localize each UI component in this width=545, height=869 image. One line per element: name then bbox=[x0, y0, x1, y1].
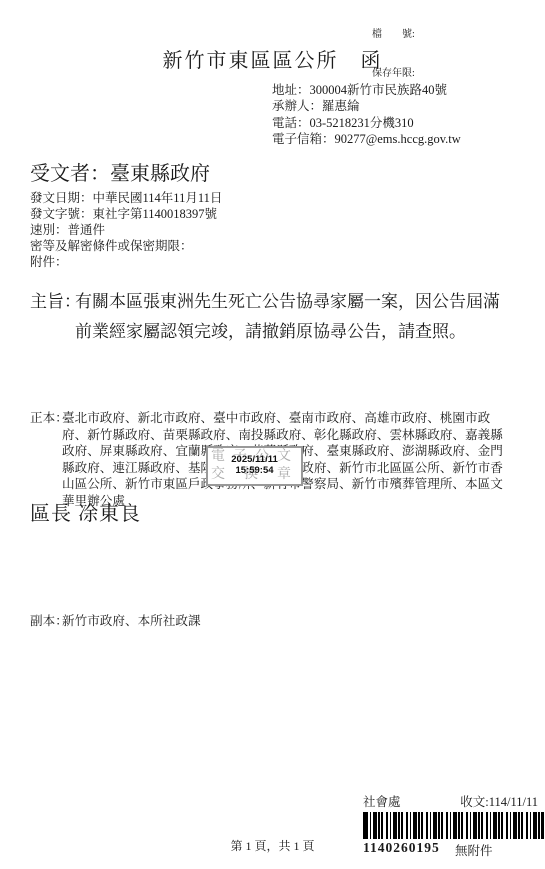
field-issue-date: 發文日期：中華民國114年11月11日 bbox=[30, 190, 222, 206]
electronic-exchange-stamp: 電子公文 交換章 2025/11/11 15:59:54 bbox=[206, 446, 303, 486]
stamp-date: 2025/11/11 bbox=[208, 454, 301, 465]
subject-text: 有關本區張東洲先生死亡公告協尋家屬一案，因公告屆滿 前業經家屬認領完竣，請撤銷原… bbox=[30, 287, 535, 347]
field-security: 密等及解密條件或保密期限： bbox=[30, 238, 222, 254]
official-letter-page: 檔 號: 保存年限: 新竹市東區區公所 函 地址：300004新竹市民族路40號… bbox=[0, 0, 545, 869]
copy-recipients-block: 副本： 新竹市政府、本所社政課 bbox=[30, 613, 542, 630]
field-attachment: 附件： bbox=[30, 254, 222, 270]
sender-officer: 承辦人：羅惠綸 bbox=[272, 98, 461, 114]
subject-label: 主旨： bbox=[30, 287, 81, 317]
sender-email: 電子信箱：90277@ems.hccg.gov.tw bbox=[272, 131, 461, 147]
stamp-timestamp: 2025/11/11 15:59:54 bbox=[208, 454, 301, 476]
receipt-date: 收文:114/11/11 bbox=[460, 795, 538, 810]
file-number-label: 檔 號: bbox=[372, 28, 415, 41]
recipient-line: 受文者：臺東縣政府 bbox=[30, 157, 210, 186]
signature-line: 區長 凃東良 bbox=[30, 497, 141, 526]
sender-phone: 電話：03-5218231分機310 bbox=[272, 115, 461, 131]
recipient-value: 臺東縣政府 bbox=[110, 163, 210, 185]
copy-recipients-label: 副本： bbox=[30, 613, 68, 630]
field-speed: 速別：普通件 bbox=[30, 222, 222, 238]
page-number-footer: 第 1 頁，共 1 頁 bbox=[0, 837, 545, 854]
recipient-label: 受文者： bbox=[30, 163, 110, 185]
field-doc-number: 發文字號：東社字第1140018397號 bbox=[30, 206, 222, 222]
copy-recipients-text: 新竹市政府、本所社政課 bbox=[30, 613, 542, 630]
sender-info-block: 地址：300004新竹市民族路40號 承辦人：羅惠綸 電話：03-5218231… bbox=[272, 82, 461, 147]
stamp-time: 15:59:54 bbox=[208, 465, 301, 476]
receipt-header: 社會處 收文:114/11/11 bbox=[363, 795, 538, 810]
document-title: 新竹市東區區公所 函 bbox=[0, 44, 545, 73]
subject-block: 主旨： 有關本區張東洲先生死亡公告協尋家屬一案，因公告屆滿 前業經家屬認領完竣，… bbox=[30, 287, 535, 347]
sender-address: 地址：300004新竹市民族路40號 bbox=[272, 82, 461, 98]
barcode bbox=[363, 812, 544, 839]
primary-recipients-label: 正本： bbox=[30, 410, 68, 427]
receipt-office: 社會處 bbox=[363, 795, 401, 810]
document-fields: 發文日期：中華民國114年11月11日 發文字號：東社字第1140018397號… bbox=[30, 190, 222, 270]
